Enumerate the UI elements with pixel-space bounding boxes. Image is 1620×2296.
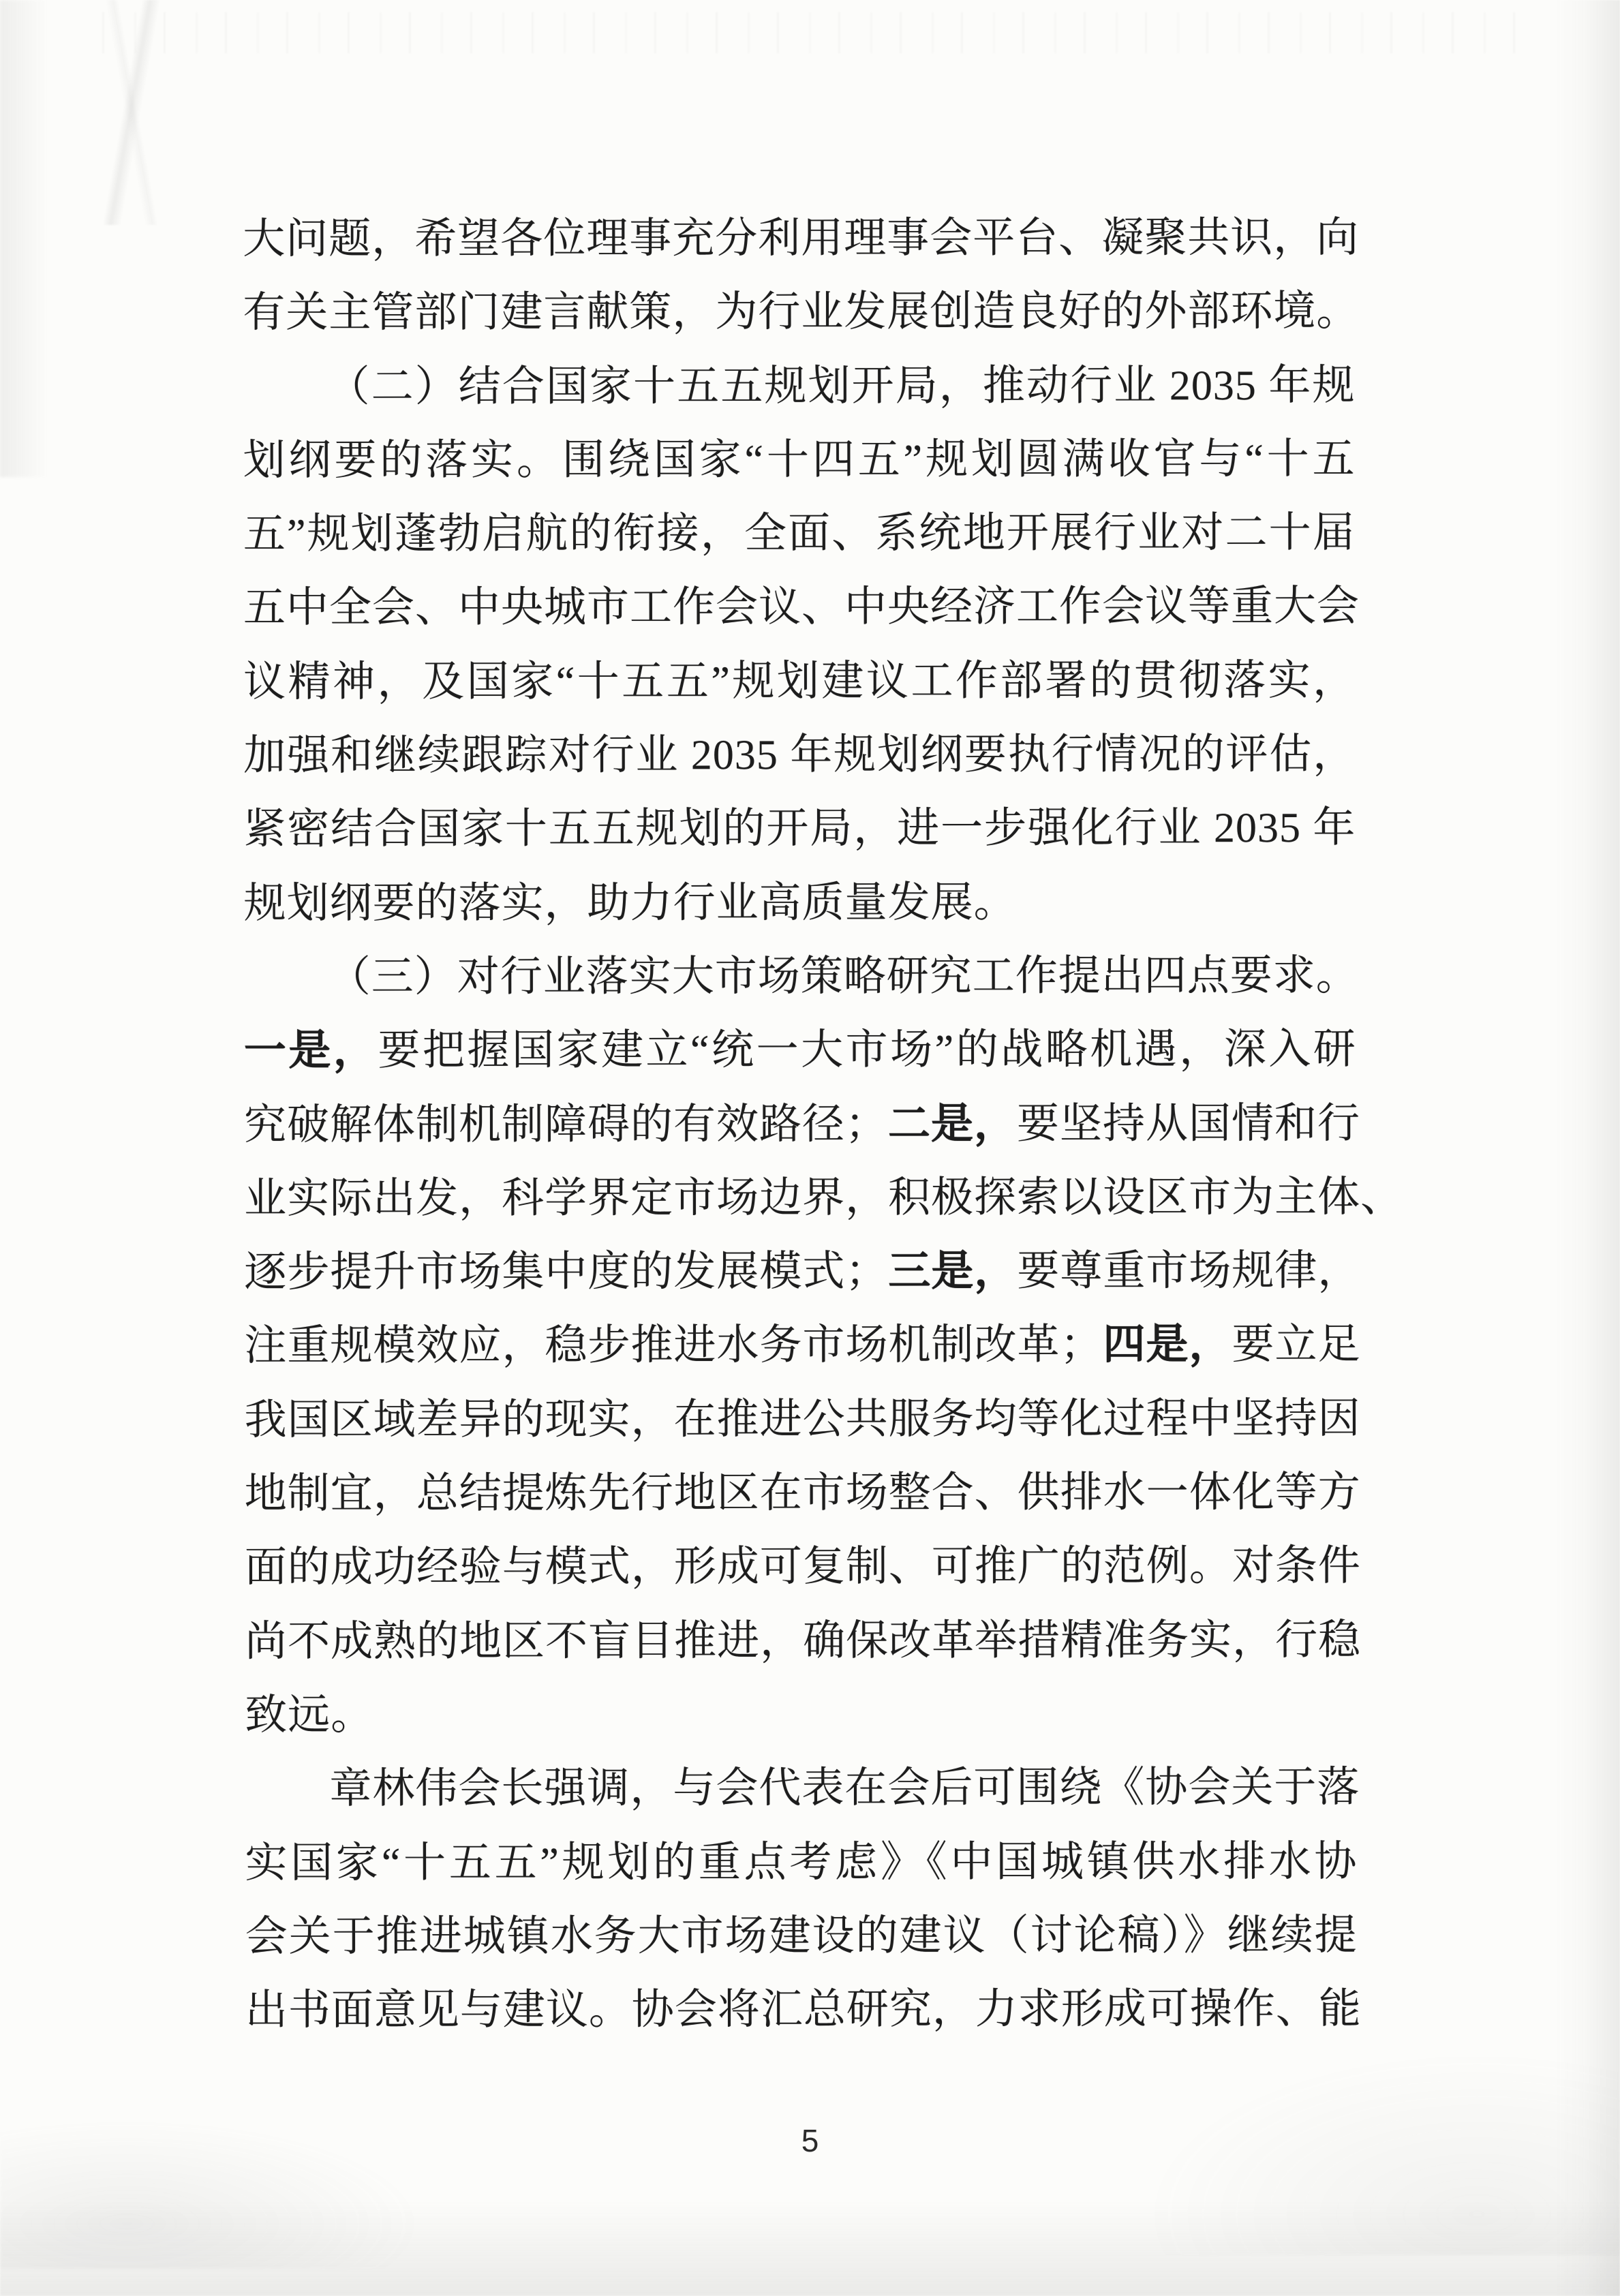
text-line-13: 究破解体制机制障碍的有效路径；二是，要坚持从国情和行 [244, 1086, 1356, 1162]
scan-streak-right [1555, 0, 1620, 2296]
scanned-document-page: 大问题，希望各位理事充分利用理事会平台、凝聚共识，向有关主管部门建言献策，为行业… [0, 0, 1620, 2296]
text-line-23: 实国家“十五五”规划的重点考虑》《中国城镇供水排水协 [245, 1824, 1357, 1900]
text-line-10: 规划纲要的落实，助力行业高质量发展。 [243, 866, 1356, 941]
text-segment: 有关主管部门建言献策，为行业发展创造良好的外部环境。 [243, 288, 1359, 336]
text-line-24: 会关于推进城镇水务大市场建设的建议（讨论稿）》继续提 [245, 1899, 1358, 1974]
text-line-5: 五”规划蓬勃启航的衔接，全面、系统地开展行业对二十届 [243, 496, 1356, 572]
text-line-18: 地制宜，总结提炼先行地区在市场整合、供排水一体化等方 [245, 1456, 1357, 1531]
text-segment: 究破解体制机制障碍的有效路径； [244, 1101, 888, 1148]
text-segment: 大问题，希望各位理事充分利用理事会平台、凝聚共识，向 [243, 215, 1359, 262]
text-segment: 章林伟会长强调，与会代表在会后可围绕《协会关于落 [329, 1764, 1360, 1812]
text-line-1: 大问题，希望各位理事充分利用理事会平台、凝聚共识，向 [243, 201, 1355, 277]
text-line-3: （二）结合国家十五五规划开局，推动行业 2035 年规 [243, 348, 1355, 424]
scan-scratch-top-left [20, 0, 245, 225]
text-segment: 面的成功经验与模式，形成可复制、可推广的范例。对条件 [245, 1543, 1361, 1591]
text-segment: 我国区域差异的现实，在推进公共服务均等化过程中坚持因 [245, 1396, 1361, 1443]
text-line-8: 加强和继续跟踪对行业 2035 年规划纲要执行情况的评估， [243, 718, 1356, 793]
document-body: 大问题，希望各位理事充分利用理事会平台、凝聚共识，向有关主管部门建言献策，为行业… [243, 201, 1358, 2048]
text-line-15: 逐步提升市场集中度的发展模式；三是，要尊重市场规律， [244, 1234, 1356, 1310]
text-segment: 出书面意见与建议。协会将汇总研究，力求形成可操作、能 [245, 1986, 1362, 2034]
emphasis-text-segment: 四是， [1103, 1321, 1232, 1368]
page-number: 5 [0, 2122, 1620, 2159]
text-line-20: 尚不成熟的地区不盲目推进，确保改革举措精准务实，行稳 [245, 1604, 1357, 1679]
text-line-25: 出书面意见与建议。协会将汇总研究，力求形成可操作、能 [245, 1972, 1358, 2048]
text-segment: 五”规划蓬勃启航的衔接，全面、系统地开展行业对二十届 [243, 510, 1356, 557]
text-line-22: 章林伟会长强调，与会代表在会后可围绕《协会关于落 [245, 1751, 1357, 1826]
emphasis-text-segment: 二是， [888, 1100, 1017, 1147]
text-segment: 地制宜，总结提炼先行地区在市场整合、供排水一体化等方 [245, 1469, 1361, 1517]
text-segment: 紧密结合国家十五五规划的开局，进一步强化行业 2035 年 [243, 805, 1356, 853]
emphasis-text-segment: 一是， [244, 1027, 378, 1074]
scan-streak-left [0, 0, 48, 477]
text-segment: 致远。 [245, 1692, 373, 1739]
text-segment: 五中全会、中央城市工作会议、中央经济工作会议等重大会 [243, 583, 1360, 631]
text-line-4: 划纲要的落实。围绕国家“十四五”规划圆满收官与“十五 [243, 423, 1356, 498]
text-line-17: 我国区域差异的现实，在推进公共服务均等化过程中坚持因 [245, 1382, 1357, 1458]
text-line-12: 一是，要把握国家建立“统一大市场”的战略机遇，深入研 [244, 1013, 1356, 1088]
text-segment: 要立足 [1232, 1321, 1360, 1368]
emphasis-text-segment: 三是， [888, 1248, 1017, 1295]
text-line-7: 议精神，及国家“十五五”规划建议工作部署的贯彻落实， [243, 644, 1356, 720]
text-line-9: 紧密结合国家十五五规划的开局，进一步强化行业 2035 年 [243, 791, 1356, 867]
text-line-6: 五中全会、中央城市工作会议、中央经济工作会议等重大会 [243, 570, 1356, 645]
text-segment: 会关于推进城镇水务大市场建设的建议（讨论稿）》继续提 [245, 1912, 1358, 1960]
text-segment: 要尊重市场规律， [1017, 1248, 1360, 1295]
text-segment: 加强和继续跟踪对行业 2035 年规划纲要执行情况的评估， [243, 731, 1356, 779]
text-segment: （二）结合国家十五五规划开局，推动行业 2035 年规 [327, 362, 1355, 410]
scan-noise-top [102, 12, 1533, 53]
text-segment: 业实际出发，科学界定市场边界，积极探索以设区市为主体、 [244, 1174, 1403, 1222]
text-segment: 逐步提升市场集中度的发展模式； [244, 1249, 888, 1296]
text-segment: 要坚持从国情和行 [1017, 1100, 1360, 1147]
text-segment: 尚不成熟的地区不盲目推进，确保改革举措精准务实，行稳 [245, 1617, 1361, 1664]
text-line-16: 注重规模效应，稳步推进水务市场机制改革；四是，要立足 [244, 1308, 1356, 1383]
text-segment: （三）对行业落实大市场策略研究工作提出四点要求。 [328, 953, 1359, 1000]
text-line-14: 业实际出发，科学界定市场边界，积极探索以设区市为主体、 [244, 1161, 1356, 1236]
text-line-2: 有关主管部门建言献策，为行业发展创造良好的外部环境。 [243, 275, 1355, 350]
text-segment: 议精神，及国家“十五五”规划建议工作部署的贯彻落实， [243, 658, 1356, 705]
text-segment: 规划纲要的落实，助力行业高质量发展。 [243, 879, 1016, 927]
text-segment: 实国家“十五五”规划的重点考虑》《中国城镇供水排水协 [245, 1838, 1357, 1886]
text-line-21: 致远。 [245, 1677, 1357, 1753]
text-segment: 注重规模效应，稳步推进水务市场机制改革； [244, 1322, 1103, 1370]
text-segment: 划纲要的落实。围绕国家“十四五”规划圆满收官与“十五 [243, 436, 1356, 484]
text-segment: 要把握国家建立“统一大市场”的战略机遇，深入研 [378, 1026, 1356, 1074]
scan-shadow-bottom [0, 2201, 1620, 2296]
text-line-11: （三）对行业落实大市场策略研究工作提出四点要求。 [244, 939, 1356, 1015]
text-line-19: 面的成功经验与模式，形成可复制、可推广的范例。对条件 [245, 1529, 1357, 1605]
